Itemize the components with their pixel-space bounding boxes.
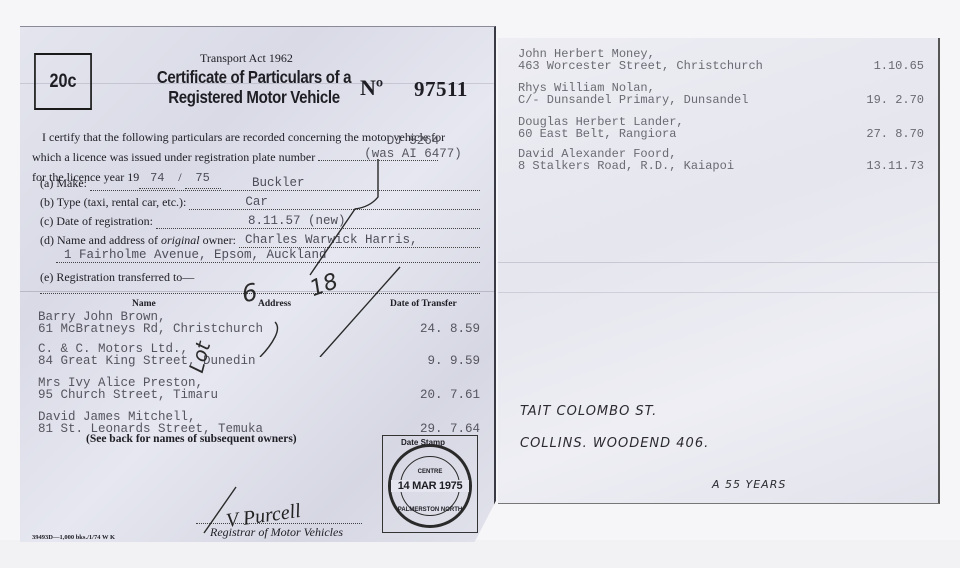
- handwritten-note: A 55 YEARS: [712, 478, 786, 491]
- transfer-date: 24. 8.59: [420, 323, 480, 335]
- see-back-note: (See back for names of subsequent owners…: [86, 433, 297, 445]
- registration-date-label: (c) Date of registration:: [40, 214, 153, 229]
- subsequent-owner-entry: John Herbert Money, 463 Worcester Street…: [518, 48, 930, 72]
- certificate-back: John Herbert Money, 463 Worcester Street…: [498, 38, 940, 504]
- certificate-front: 20c Transport Act 1962 Certificate of Pa…: [20, 26, 496, 542]
- handwritten-note: TAIT COLOMBO ST.: [520, 404, 657, 419]
- owner-entry: Mrs Ivy Alice Preston, 95 Church Street,…: [38, 377, 488, 401]
- field-transferred: (e) Registration transferred to—: [40, 269, 240, 285]
- title-line-1: Certificate of Particulars of a: [154, 67, 354, 87]
- date-stamp-box: Date Stamp CENTRE 14 MAR 1975 PALMERSTON…: [382, 435, 478, 533]
- paper-fold: [498, 292, 938, 293]
- transfer-date: 19. 2.70: [866, 94, 924, 106]
- title-line-2: Registered Motor Vehicle: [154, 87, 354, 107]
- certificate-title: Certificate of Particulars of a Register…: [154, 67, 354, 107]
- transferred-label: (e) Registration transferred to—: [40, 270, 194, 285]
- type-label: (b) Type (taxi, rental car, etc.):: [40, 195, 186, 210]
- transfer-date: 1.10.65: [874, 60, 924, 72]
- act-heading: Transport Act 1962: [200, 51, 293, 66]
- signature-line: [196, 523, 362, 524]
- transfer-date: 9. 9.59: [427, 355, 480, 367]
- certificate-number: 97511: [414, 77, 468, 102]
- number-label: Nº: [360, 75, 383, 101]
- transfer-date: 20. 7.61: [420, 389, 480, 401]
- background-surface: [0, 540, 960, 568]
- price-box: 20c: [34, 53, 92, 110]
- subsequent-owner-entry: Douglas Herbert Lander, 60 East Belt, Ra…: [518, 116, 930, 140]
- column-header-name: Name: [132, 299, 156, 309]
- subsequent-owner-entry: Rhys William Nolan, C/- Dunsandel Primar…: [518, 82, 930, 106]
- registrar-title: Registrar of Motor Vehicles: [210, 525, 343, 540]
- pen-scrawl-icon: [220, 157, 410, 357]
- stamp-date: 14 MAR 1975: [391, 480, 469, 492]
- stamp-seal-icon: CENTRE 14 MAR 1975 PALMERSTON NORTH: [388, 444, 472, 528]
- transfer-date: 13.11.73: [866, 160, 924, 172]
- owner-entry: David James Mitchell, 81 St. Leonards St…: [38, 411, 488, 435]
- subsequent-owner-entry: David Alexander Foord, 8 Stalkers Road, …: [518, 148, 930, 172]
- handwritten-note: COLLINS. WOODEND 406.: [520, 436, 709, 451]
- stamp-location: PALMERSTON NORTH: [391, 507, 469, 513]
- stamp-centre: CENTRE: [391, 469, 469, 475]
- paper-fold: [498, 262, 938, 263]
- transfer-date: 29. 7.64: [420, 423, 480, 435]
- make-label: (a) Make:: [40, 176, 87, 191]
- transfer-date: 27. 8.70: [866, 128, 924, 140]
- print-code: 39493D—1,000 bks./1/74 W K: [32, 534, 115, 541]
- original-owner-label: (d) Name and address of original owner:: [40, 233, 236, 248]
